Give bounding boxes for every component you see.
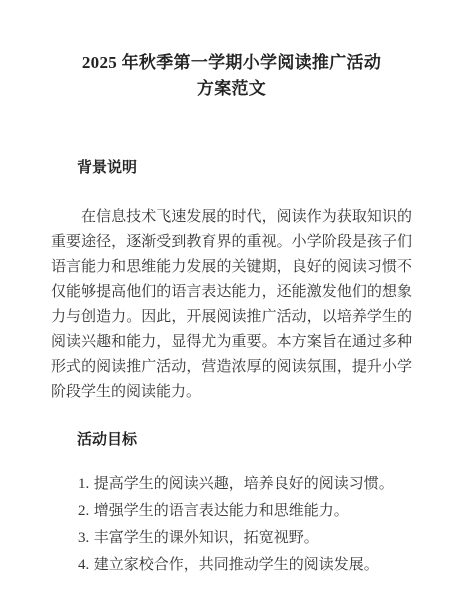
goal-item-number: 3. (78, 530, 89, 546)
section-heading-background: 背景说明 (51, 157, 412, 179)
document-title-line-2: 方案范文 (51, 76, 412, 102)
goal-item-text: 提高学生的阅读兴趣，培养良好的阅读习惯。 (94, 476, 394, 492)
goal-item-number: 1. (78, 476, 89, 492)
document-title-line-1: 2025 年秋季第一学期小学阅读推广活动 (51, 50, 412, 76)
document-page: 2025 年秋季第一学期小学阅读推广活动 方案范文 背景说明 在信息技术飞速发展… (0, 0, 463, 600)
section-background: 背景说明 在信息技术飞速发展的时代，阅读作为获取知识的重要途径，逐渐受到教育界的… (51, 157, 412, 405)
section-heading-goals: 活动目标 (51, 429, 412, 451)
section-goals: 活动目标 1.提高学生的阅读兴趣，培养良好的阅读习惯。 2.增强学生的语言表达能… (51, 429, 412, 579)
goal-list-item: 1.提高学生的阅读兴趣，培养良好的阅读习惯。 (78, 471, 412, 498)
goal-list: 1.提高学生的阅读兴趣，培养良好的阅读习惯。 2.增强学生的语言表达能力和思维能… (51, 471, 412, 579)
goal-list-item: 4.建立家校合作，共同推动学生的阅读发展。 (78, 552, 412, 579)
goal-list-item: 2.增强学生的语言表达能力和思维能力。 (78, 498, 412, 525)
goal-item-text: 建立家校合作，共同推动学生的阅读发展。 (94, 557, 379, 573)
goal-item-text: 增强学生的语言表达能力和思维能力。 (94, 503, 349, 519)
goal-list-item: 3.丰富学生的课外知识，拓宽视野。 (78, 525, 412, 552)
goal-item-number: 4. (78, 557, 89, 573)
goal-item-text: 丰富学生的课外知识，拓宽视野。 (94, 530, 319, 546)
background-paragraph: 在信息技术飞速发展的时代，阅读作为获取知识的重要途径，逐渐受到教育界的重视。小学… (51, 205, 412, 405)
goal-item-number: 2. (78, 503, 89, 519)
document-title: 2025 年秋季第一学期小学阅读推广活动 方案范文 (51, 50, 412, 102)
